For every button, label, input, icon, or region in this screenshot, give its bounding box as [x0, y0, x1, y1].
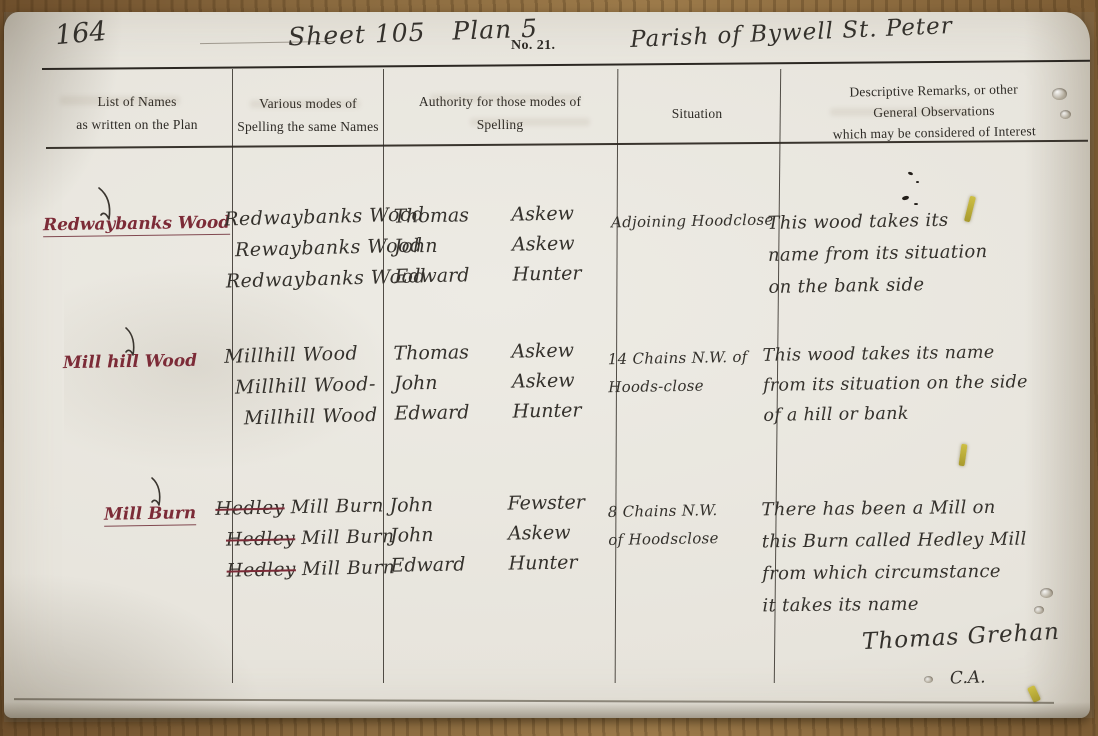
authority-line: ThomasAskew — [393, 198, 581, 231]
authority-surname: Hunter — [508, 547, 578, 578]
plan-name-mill-hill-wood: Mill hill Wood — [63, 351, 197, 373]
column-header-line: Spelling the same Names — [236, 115, 380, 138]
authority-cell: JohnFewster JohnAskew EdwardHunter — [389, 487, 586, 580]
struck-word: Hedley — [226, 559, 296, 581]
authority-cell: ThomasAskew JohnAskew EdwardHunter — [393, 335, 582, 428]
authority-given-name: John — [390, 519, 509, 551]
remarks-line: on the bank side — [768, 268, 988, 304]
punch-hole-dimple — [1052, 88, 1067, 100]
spelling-text: Mill Burn — [301, 526, 395, 549]
authority-surname: Askew — [512, 228, 575, 259]
page-number: 164 — [54, 16, 108, 51]
column-header-line: as written on the Plan — [44, 113, 230, 136]
punch-hole-dimple — [1040, 588, 1053, 598]
punch-hole-dimple — [1060, 110, 1071, 119]
scanned-document-photo: 164 Sheet 105 Plan 5 No. 21. Parish of B… — [0, 0, 1098, 736]
remarks-cell: There has been a Mill on this Burn calle… — [761, 492, 1027, 623]
authority-surname: Fewster — [507, 487, 585, 518]
spelling-line: Millhill Wood — [237, 400, 378, 435]
column-header-line: Situation — [620, 102, 774, 125]
authority-surname: Askew — [508, 518, 571, 549]
show-through-smudge — [830, 108, 970, 116]
spelling-text: Millhill Wood- — [235, 373, 376, 399]
authority-given-name: John — [389, 489, 508, 521]
plan-name-redwaybanks-wood: Redwaybanks Wood — [43, 213, 230, 238]
show-through-smudge — [250, 100, 360, 108]
ink-speck — [916, 181, 919, 183]
authority-surname: Askew — [511, 335, 574, 366]
authority-line: JohnFewster — [389, 487, 585, 520]
authority-surname: Hunter — [512, 395, 582, 426]
situation-cell: Adjoining Hoodclose — [611, 206, 774, 237]
authority-given-name: Edward — [390, 549, 509, 581]
struck-word — [218, 209, 219, 231]
spelling-line: Millhill Wood- — [229, 369, 378, 404]
authority-line: JohnAskew — [394, 365, 582, 398]
plan-name-mill-burn: Mill Burn — [104, 503, 197, 527]
authority-line: ThomasAskew — [393, 335, 581, 368]
entry-number: No. 21. — [511, 38, 555, 54]
remarks-line: of a hill or bank — [763, 397, 1028, 431]
authority-given-name: Edward — [394, 397, 513, 429]
show-through-smudge — [60, 96, 180, 105]
situation-line: of Hoodsclose — [608, 524, 719, 554]
spellings-cell: HedleyMill Burn HedleyMill Burn HedleyMi… — [215, 490, 396, 587]
spelling-text: Mill Burn — [290, 495, 384, 518]
spelling-line: HedleyMill Burn — [226, 521, 395, 556]
situation-line: 14 Chains N.W. of — [608, 343, 748, 373]
remarks-line: from its situation on the side — [763, 367, 1028, 401]
situation-line: 8 Chains N.W. — [608, 496, 719, 526]
sheet-number: Sheet 105 — [288, 18, 426, 52]
authority-given-name: Thomas — [393, 200, 512, 232]
authority-given-name: John — [394, 230, 513, 262]
remarks-cell: This wood takes its name from its situat… — [767, 204, 988, 304]
authority-given-name: John — [394, 367, 513, 399]
situation-cell: 14 Chains N.W. of Hoods-close — [608, 343, 749, 401]
spelling-line: HedleyMill Burn — [226, 552, 395, 587]
remarks-line: There has been a Mill on — [761, 492, 1026, 527]
struck-word: Hedley — [215, 497, 285, 519]
show-through-smudge — [470, 118, 590, 126]
punch-hole-dimple — [1034, 606, 1044, 614]
surveyor-credential: C.A. — [950, 667, 986, 688]
spelling-line: Millhill Wood — [218, 338, 377, 373]
authority-cell: ThomasAskew JohnAskew EdwardHunter — [393, 198, 582, 291]
authority-line: EdwardHunter — [394, 395, 582, 428]
column-header-situation: Situation — [620, 102, 774, 125]
struck-word — [220, 271, 221, 293]
situation-line: Adjoining Hoodclose — [611, 206, 774, 237]
situation-cell: 8 Chains N.W. of Hoodsclose — [608, 496, 719, 554]
situation-line: Hoods-close — [608, 371, 748, 401]
authority-line: JohnAskew — [394, 228, 582, 261]
column-divider — [383, 69, 384, 683]
remarks-line: This wood takes its name — [762, 337, 1027, 371]
spellings-cell: Millhill Wood Millhill Wood- Millhill Wo… — [218, 338, 378, 435]
ink-speck — [914, 203, 918, 205]
spelling-line: HedleyMill Burn — [215, 490, 394, 525]
authority-surname: Hunter — [512, 258, 582, 289]
struck-word — [229, 239, 230, 261]
punch-hole-dimple — [924, 676, 933, 683]
authority-given-name: Thomas — [393, 337, 512, 369]
remarks-line: this Burn called Hedley Mill — [762, 524, 1027, 559]
authority-surname: Askew — [511, 198, 574, 229]
authority-line: JohnAskew — [390, 517, 586, 550]
remarks-line: name from its situation — [768, 236, 988, 272]
remarks-line: it takes its name — [762, 588, 1027, 623]
remarks-line: This wood takes its — [767, 204, 987, 240]
struck-word — [238, 408, 239, 430]
struck-word — [218, 346, 219, 368]
remarks-line: from which circumstance — [762, 556, 1027, 591]
show-through-smudge — [430, 94, 580, 103]
authority-given-name: Edward — [394, 260, 513, 292]
authority-line: EdwardHunter — [390, 547, 586, 580]
spelling-text: Millhill Wood — [224, 342, 359, 367]
paper-bottom-shadow — [4, 702, 1090, 718]
column-header-spelling-modes: Various modes of Spelling the same Names — [236, 92, 380, 138]
authority-line: EdwardHunter — [394, 258, 582, 291]
remarks-cell: This wood takes its name from its situat… — [762, 337, 1028, 431]
struck-word — [229, 377, 230, 399]
spelling-text: Millhill Wood — [244, 404, 379, 429]
authority-surname: Askew — [512, 365, 575, 396]
struck-word: Hedley — [226, 528, 296, 550]
spelling-text: Mill Burn — [302, 557, 396, 580]
